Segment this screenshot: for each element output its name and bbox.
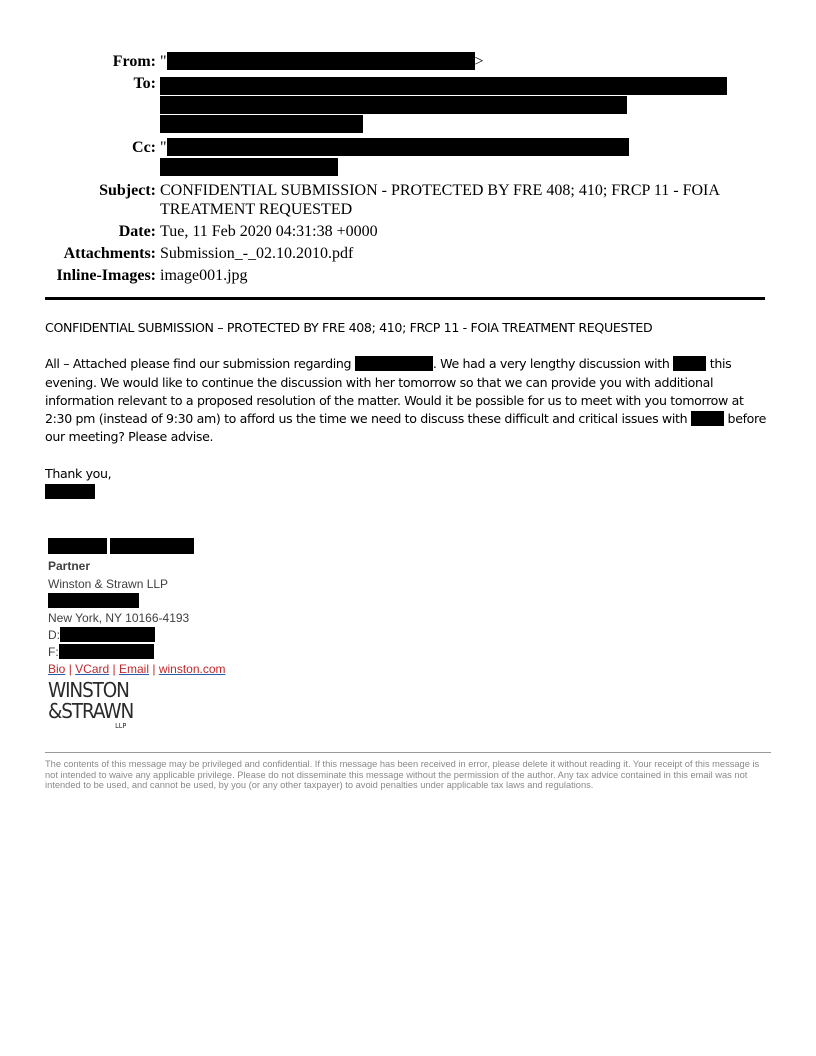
signature-block: Partner Winston & Strawn LLP New York, N… [48, 538, 226, 731]
body-subject-line: CONFIDENTIAL SUBMISSION – PROTECTED BY F… [45, 319, 767, 337]
closing: Thank you, [45, 465, 767, 483]
redaction-block [160, 96, 627, 114]
inline-images-row: Inline-Images: image001.jpg [0, 266, 816, 285]
email-header: From: "> To: Cc: " Subject: CONFIDENTIAL… [0, 52, 816, 288]
email-body: CONFIDENTIAL SUBMISSION – PROTECTED BY F… [45, 319, 767, 501]
logo-line: &STRAWN [48, 701, 211, 722]
signature-title: Partner [48, 558, 226, 575]
redaction-block [48, 593, 139, 608]
cc-label: Cc: [0, 138, 160, 176]
bio-link[interactable]: Bio [48, 662, 65, 676]
redaction-block [60, 627, 155, 642]
attachments-label: Attachments: [0, 244, 160, 263]
subject-value: CONFIDENTIAL SUBMISSION - PROTECTED BY F… [160, 181, 730, 219]
signature-fax: F: [48, 644, 226, 661]
redaction-block [673, 356, 706, 371]
body-text: . We had a very lengthy discussion with [433, 356, 673, 371]
redaction-block [110, 538, 194, 554]
redaction-block [167, 52, 475, 70]
vcard-link[interactable]: VCard [75, 662, 109, 676]
logo-line: WINSTON [48, 680, 211, 701]
from-row: From: "> [0, 52, 816, 71]
attachment-file[interactable]: Submission_-_02.10.2010.pdf [160, 244, 730, 263]
disclaimer-divider [45, 752, 771, 753]
header-divider [45, 297, 765, 300]
link-separator: | [69, 662, 72, 676]
winston-strawn-logo: WINSTON &STRAWN LLP [48, 680, 211, 731]
to-label: To: [0, 74, 160, 133]
signature-links: Bio | VCard | Email | winston.com [48, 661, 226, 678]
signature-address [48, 593, 226, 610]
link-separator: | [152, 662, 155, 676]
signature-name [48, 538, 226, 556]
email-link[interactable]: Email [119, 662, 149, 676]
redaction-block [355, 356, 433, 371]
inline-images-label: Inline-Images: [0, 266, 160, 285]
subject-row: Subject: CONFIDENTIAL SUBMISSION - PROTE… [0, 181, 816, 219]
redaction-block [691, 411, 724, 426]
signature-city: New York, NY 10166-4193 [48, 610, 226, 627]
logo-llp: LLP [115, 722, 211, 731]
cc-row: Cc: " [0, 138, 816, 176]
redaction-block [167, 138, 629, 156]
to-value [160, 74, 730, 133]
cc-value: " [160, 138, 730, 176]
redaction-block [45, 484, 95, 499]
subject-label: Subject: [0, 181, 160, 219]
to-row: To: [0, 74, 816, 133]
date-label: Date: [0, 222, 160, 241]
website-link[interactable]: winston.com [159, 662, 226, 676]
attachments-row: Attachments: Submission_-_02.10.2010.pdf [0, 244, 816, 263]
fax-label: F: [48, 645, 59, 659]
date-value: Tue, 11 Feb 2020 04:31:38 +0000 [160, 222, 730, 241]
redaction-block [160, 158, 338, 176]
body-text: All – Attached please find our submissio… [45, 356, 355, 371]
from-label: From: [0, 52, 160, 71]
direct-label: D: [48, 628, 60, 642]
redaction-block [160, 115, 363, 133]
redaction-block [160, 77, 727, 95]
signature-direct: D: [48, 627, 226, 644]
link-separator: | [113, 662, 116, 676]
inline-image-file[interactable]: image001.jpg [160, 266, 730, 285]
date-row: Date: Tue, 11 Feb 2020 04:31:38 +0000 [0, 222, 816, 241]
signature-firm: Winston & Strawn LLP [48, 576, 226, 593]
from-value: "> [160, 52, 730, 71]
redaction-block [59, 644, 154, 659]
redaction-block [48, 538, 107, 554]
legal-disclaimer: The contents of this message may be priv… [45, 759, 769, 791]
body-paragraph: All – Attached please find our submissio… [45, 355, 767, 446]
sender-name [45, 483, 767, 501]
from-bracket: > [475, 53, 484, 70]
